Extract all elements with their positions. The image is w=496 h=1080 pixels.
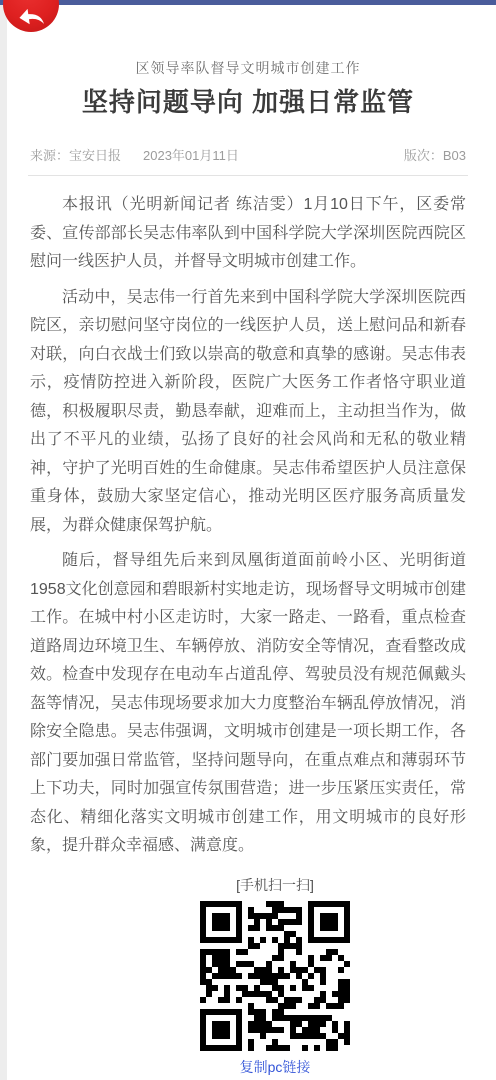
paragraph-2: 活动中，吴志伟一行首先来到中国科学院大学深圳医院西院区，亲切慰问坚守岗位的一线医… (30, 284, 466, 541)
qr-code (200, 901, 350, 1051)
meta-divider (28, 175, 468, 176)
top-bar (0, 0, 496, 5)
scan-block: [手机扫一扫] 复制pc链接 (167, 875, 383, 1077)
article-page: 区领导率队督导文明城市创建工作 坚持问题导向 加强日常监管 来源：宝安日报 20… (0, 0, 496, 1077)
copy-pc-link[interactable]: 复制pc链接 (240, 1057, 311, 1077)
article-meta: 来源：宝安日报 2023年01月11日 版次：B03 (30, 145, 466, 164)
article-title: 坚持问题导向 加强日常监管 (0, 85, 496, 119)
scan-label: [手机扫一扫] (167, 875, 383, 895)
article-body: 本报讯（光明新闻记者 练洁雯）1月10日下午，区委常委、宣传部部长吴志伟率队到中… (30, 191, 466, 861)
meta-edition: 版次：B03 (404, 145, 466, 164)
article-kicker: 区领导率队督导文明城市创建工作 (0, 58, 496, 78)
meta-date: 2023年01月11日 (143, 145, 239, 164)
paragraph-1: 本报讯（光明新闻记者 练洁雯）1月10日下午，区委常委、宣传部部长吴志伟率队到中… (30, 191, 466, 277)
meta-source: 来源：宝安日报 (30, 145, 121, 164)
paragraph-3: 随后，督导组先后来到凤凰街道面前岭小区、光明街道1958文化创意园和碧眼新村实地… (30, 547, 466, 861)
